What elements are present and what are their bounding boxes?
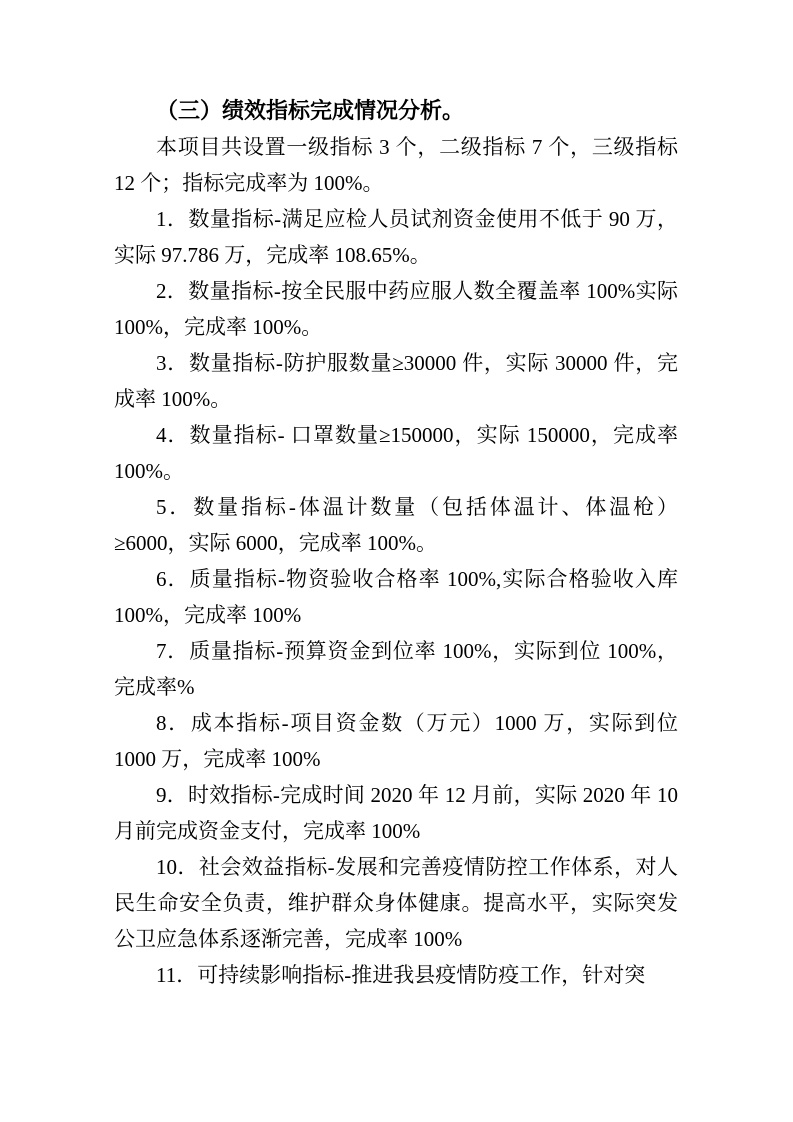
- indicator-paragraph: 9．时效指标-完成时间 2020 年 12 月前，实际 2020 年 10 月前…: [114, 777, 678, 849]
- indicator-list: 1．数量指标-满足应检人员试剂资金使用不低于 90 万，实际 97.786 万，…: [114, 201, 678, 993]
- indicator-paragraph: 10．社会效益指标-发展和完善疫情防控工作体系，对人民生命安全负责，维护群众身体…: [114, 849, 678, 957]
- indicator-paragraph: 5．数量指标-体温计数量（包括体温计、体温枪）≥6000，实际 6000，完成率…: [114, 489, 678, 561]
- indicator-paragraph: 7．质量指标-预算资金到位率 100%，实际到位 100%，完成率%: [114, 633, 678, 705]
- summary-paragraph: 本项目共设置一级指标 3 个，二级指标 7 个，三级指标 12 个；指标完成率为…: [114, 129, 678, 201]
- indicator-paragraph: 1．数量指标-满足应检人员试剂资金使用不低于 90 万，实际 97.786 万，…: [114, 201, 678, 273]
- indicator-paragraph: 11．可持续影响指标-推进我县疫情防疫工作，针对突: [114, 957, 678, 993]
- indicator-paragraph: 8．成本指标-项目资金数（万元）1000 万，实际到位 1000 万，完成率 1…: [114, 705, 678, 777]
- indicator-paragraph: 6．质量指标-物资验收合格率 100%,实际合格验收入库 100%，完成率 10…: [114, 561, 678, 633]
- document-page: （三）绩效指标完成情况分析。 本项目共设置一级指标 3 个，二级指标 7 个，三…: [0, 0, 793, 1122]
- document-text-block: （三）绩效指标完成情况分析。 本项目共设置一级指标 3 个，二级指标 7 个，三…: [114, 93, 678, 993]
- indicator-paragraph: 2．数量指标-按全民服中药应服人数全覆盖率 100%实际 100%，完成率 10…: [114, 273, 678, 345]
- section-heading: （三）绩效指标完成情况分析。: [114, 93, 678, 129]
- indicator-paragraph: 3．数量指标-防护服数量≥30000 件，实际 30000 件，完成率 100%…: [114, 345, 678, 417]
- indicator-paragraph: 4．数量指标- 口罩数量≥150000，实际 150000，完成率 100%。: [114, 417, 678, 489]
